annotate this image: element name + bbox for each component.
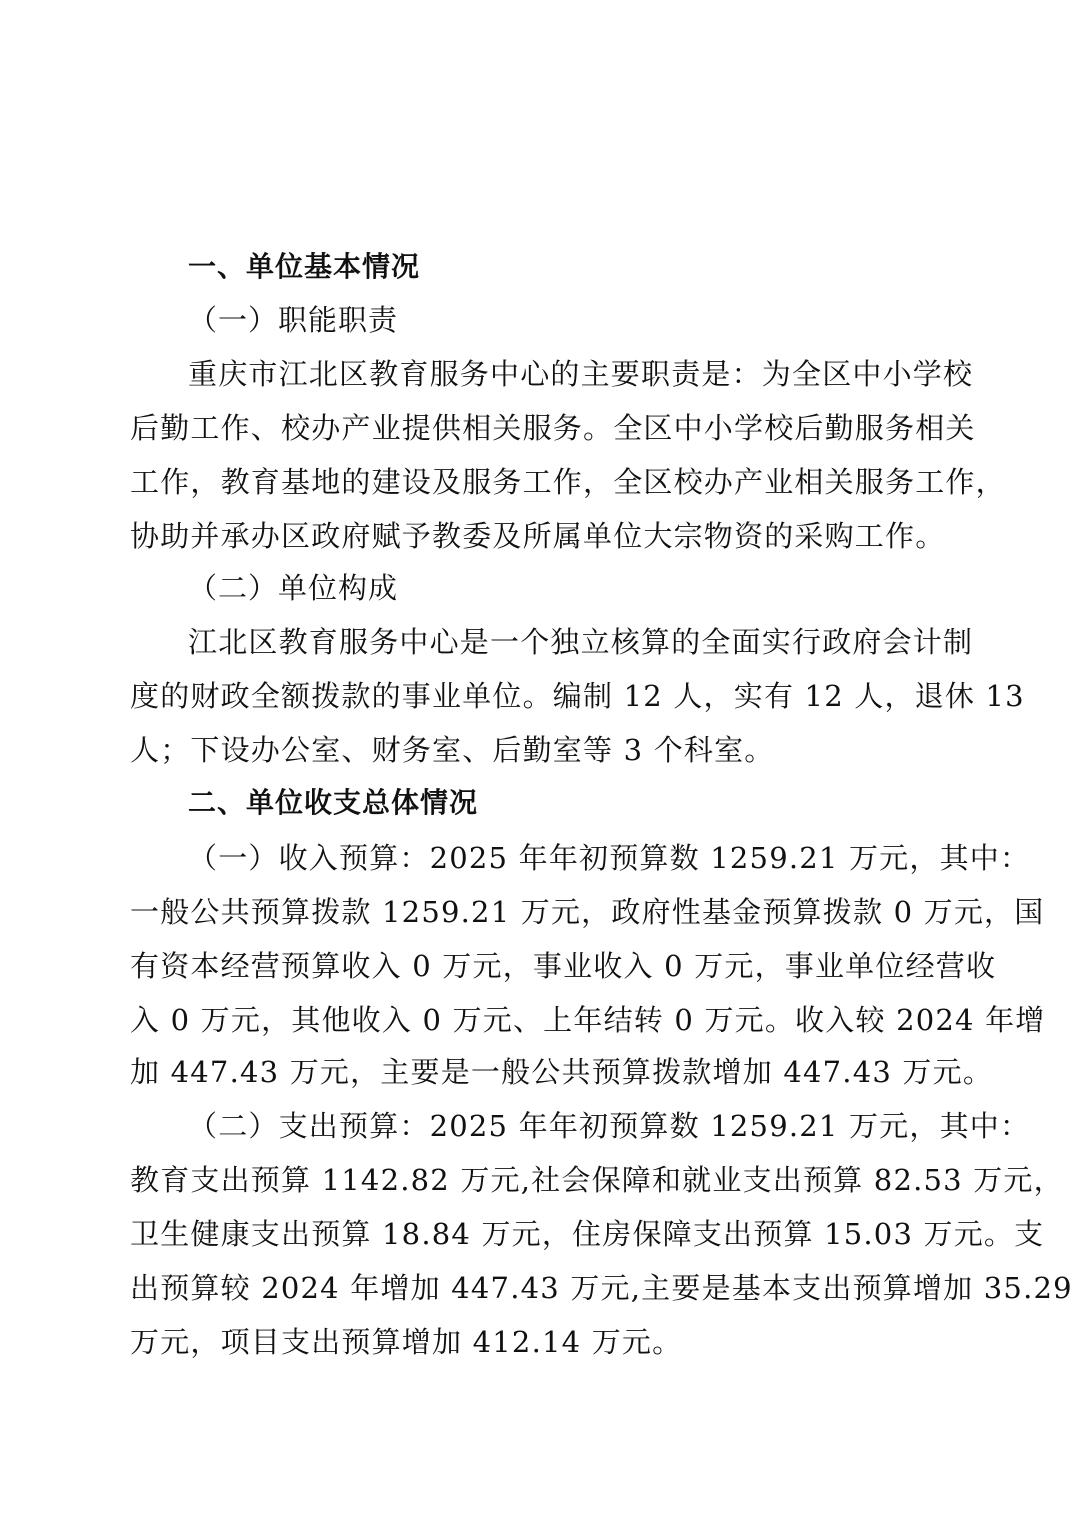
paragraph-line: 教育支出预算 1142.82 万元,社会保障和就业支出预算 82.53 万元，: [130, 1160, 946, 1200]
paragraph-line: 卫生健康支出预算 18.84 万元，住房保障支出预算 15.03 万元。支: [130, 1214, 946, 1254]
paragraph-line: 人；下设办公室、财务室、后勤室等 3 个科室。: [130, 730, 946, 770]
paragraph-line: 万元，项目支出预算增加 412.14 万元。: [130, 1322, 946, 1362]
paragraph-line-expenditure: （二）支出预算：2025 年年初预算数 1259.21 万元，其中：: [188, 1106, 946, 1146]
paragraph-line: 度的财政全额拨款的事业单位。编制 12 人，实有 12 人，退休 13: [130, 676, 946, 716]
paragraph-line: 重庆市江北区教育服务中心的主要职责是：为全区中小学校: [188, 354, 946, 394]
paragraph-line-income: （一）收入预算：2025 年年初预算数 1259.21 万元，其中：: [188, 838, 946, 878]
document-page: 一、单位基本情况 （一）职能职责 重庆市江北区教育服务中心的主要职责是：为全区中…: [0, 0, 1074, 1520]
paragraph-line: 工作，教育基地的建设及服务工作，全区校办产业相关服务工作，: [130, 462, 946, 502]
section-heading-basic-info: 一、单位基本情况: [188, 247, 420, 287]
paragraph-line: 江北区教育服务中心是一个独立核算的全面实行政府会计制: [188, 622, 946, 662]
paragraph-line: 有资本经营预算收入 0 万元，事业收入 0 万元，事业单位经营收: [130, 946, 946, 986]
paragraph-line: 协助并承办区政府赋予教委及所属单位大宗物资的采购工作。: [130, 516, 946, 556]
section-heading-budget-overview: 二、单位收支总体情况: [188, 783, 478, 823]
paragraph-line: 入 0 万元，其他收入 0 万元、上年结转 0 万元。收入较 2024 年增: [130, 1000, 946, 1040]
paragraph-line: 加 447.43 万元，主要是一般公共预算拨款增加 447.43 万元。: [130, 1052, 946, 1092]
paragraph-line: 后勤工作、校办产业提供相关服务。全区中小学校后勤服务相关: [130, 408, 946, 448]
subsection-heading-duties: （一）职能职责: [188, 300, 398, 340]
paragraph-line: 一般公共预算拨款 1259.21 万元，政府性基金预算拨款 0 万元，国: [130, 892, 946, 932]
subsection-heading-composition: （二）单位构成: [188, 568, 398, 608]
paragraph-line: 出预算较 2024 年增加 447.43 万元,主要是基本支出预算增加 35.2…: [130, 1268, 946, 1308]
